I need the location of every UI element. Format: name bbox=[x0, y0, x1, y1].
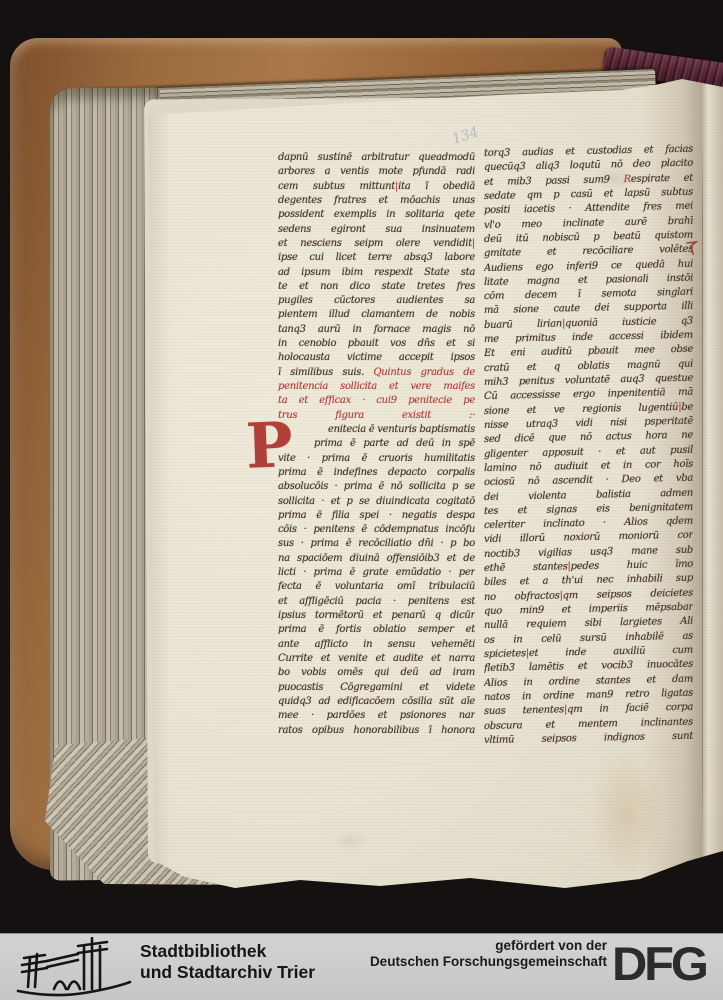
manuscript-line: te et non dico state tretes fres bbox=[278, 280, 475, 294]
ink-text: possident exemplis in solitaria qete bbox=[278, 209, 475, 220]
manuscript-line: prima ē indefines depacto corpalis bbox=[278, 466, 475, 480]
rubricated-initial: P bbox=[245, 417, 294, 475]
manuscript-line: prima ē filia spei · negatis despa bbox=[278, 509, 475, 523]
manuscript-line: enitecia ē venturis baptismatis bbox=[278, 423, 475, 437]
ink-text: spicietes bbox=[484, 648, 526, 660]
manuscript-line: possident exemplis in solitaria qete bbox=[278, 208, 475, 222]
stain bbox=[330, 830, 370, 852]
ink-text: quoniā iusticie q3 bbox=[565, 315, 693, 329]
ink-text: absolucōis · prima ē nō sollicita p se bbox=[278, 481, 475, 492]
manuscript-line: degentes fratres et mōachis unas bbox=[278, 194, 475, 208]
page-crease bbox=[702, 135, 703, 850]
ink-text: qm in faciē corpa bbox=[567, 702, 693, 716]
library-name-line2: und Stadtarchiv Trier bbox=[140, 962, 315, 983]
foliation-number: 134 bbox=[450, 124, 480, 147]
ink-text: sus · prima ē recōciliatio dn̄i · p bo bbox=[278, 538, 475, 549]
manuscript-line: trus figura existit :· bbox=[278, 409, 475, 423]
ink-text: cem subtus mittunt bbox=[278, 181, 395, 192]
ink-text: in cenobio pbauit vos dn̄s et si bbox=[278, 338, 475, 349]
manuscript-line: Currite et venite et audite et narra bbox=[278, 652, 475, 666]
manuscript-line: holocausta victime accepit ipsos bbox=[278, 351, 475, 365]
ink-text: ī similibus suis. bbox=[278, 367, 373, 378]
manuscript-line: sollicita · et p se diuindicata cogitatō bbox=[278, 495, 475, 509]
ink-text: positi iacetis · Attendite fres mei bbox=[484, 201, 693, 216]
manuscript-line: pugiles cūctores audientes sa bbox=[278, 294, 475, 308]
ink-text: ratos opibus honorabilibus ī honora bbox=[278, 725, 475, 736]
ink-text: obscura et mentem inclinantes bbox=[484, 716, 693, 731]
manuscript-line: ratos opibus honorabilibus ī honora bbox=[278, 724, 475, 738]
ink-text: vite · prima ē cruoris humilitatis bbox=[278, 453, 475, 464]
ink-text: no obfractos bbox=[484, 590, 560, 603]
manuscript-line: ad ipsum ibim respexit State sta bbox=[278, 266, 475, 280]
ink-text: sedens egiront sua insinuatem bbox=[278, 224, 475, 235]
stain bbox=[588, 748, 666, 878]
ink-text: espirate et bbox=[631, 172, 693, 184]
ink-text: ethē stantes bbox=[484, 561, 568, 574]
manuscript-line: arbores a ventis mote pfundā radi bbox=[278, 165, 475, 179]
ink-text: sed dicē que nō actus hora ne bbox=[484, 430, 693, 445]
manuscript-line: ipsius tormētorū et penarū q dicūr bbox=[278, 609, 475, 623]
ink-text: Et eni auditū pbauit mee obse bbox=[484, 344, 693, 359]
ink-text: ipsius tormētorū et penarū q dicūr bbox=[278, 610, 475, 621]
ink-text: bo vobis omēs qui deū ad iram bbox=[278, 667, 475, 678]
manuscript-line: absolucōis · prima ē nō sollicita p se bbox=[278, 480, 475, 494]
ink-text: ita ī obediā bbox=[398, 181, 475, 192]
ink-text: pedes huic īmo bbox=[571, 559, 693, 573]
ink-text: pientem illud clamantem de nobis bbox=[278, 309, 475, 320]
ink-text: vltimū seipsos indignos sunt bbox=[484, 730, 693, 745]
ink-text: dapnū sustinē arbitratur queadmodū bbox=[278, 152, 475, 163]
digitized-manuscript-scan: 134 dapnū sustinē arbitratur queadmodūar… bbox=[0, 0, 723, 1000]
ink-text: cōis · penitens ē cōdempnatus incōfu bbox=[278, 524, 475, 535]
rubric-text: | bbox=[472, 238, 475, 249]
rubric-text: R bbox=[624, 174, 631, 185]
ink-text: buarū lirian bbox=[484, 318, 562, 331]
ink-text: et affligēciū pacia · penitens est bbox=[278, 596, 475, 607]
manuscript-line: ipse cui licet terre absq3 labore bbox=[278, 251, 475, 265]
manuscript-line: sedens egiront sua insinuatem bbox=[278, 223, 475, 237]
ink-text: dei violenta balistia admen bbox=[484, 487, 693, 502]
ink-text: fletib3 lamētis et vocib3 inuocātes bbox=[484, 659, 693, 674]
ink-text: arbores a ventis mote pfundā radi bbox=[278, 166, 475, 177]
ink-text: enitecia ē venturis baptismatis bbox=[328, 424, 475, 435]
manuscript-line: puocastis Cōgregamini et videte bbox=[278, 681, 475, 695]
text-column-left: dapnū sustinē arbitratur queadmodūarbore… bbox=[278, 151, 475, 738]
manuscript-line: ta et efficax · cui9 penitecie pe bbox=[278, 394, 475, 408]
manuscript-line: mee · pardōes et psionores nar bbox=[278, 709, 475, 723]
ink-text: prima ē fortis oblatio semper et bbox=[278, 624, 475, 635]
ink-text: Currite et venite et audite et narra bbox=[278, 653, 475, 664]
ink-text: sione et ve regionis lugentiū bbox=[484, 402, 678, 417]
manuscript-line: prima ē parte ad deū in spē bbox=[278, 437, 475, 451]
manuscript-line: et nesciens seipm olere vendidit| bbox=[278, 237, 475, 251]
ink-text: mā sione caute dei supporta illi bbox=[484, 301, 693, 316]
rubric-text: penitencia sollicita et vere maifes bbox=[278, 381, 475, 392]
ink-text: mee · pardōes et psionores nar bbox=[278, 710, 475, 721]
margin-caret-icon bbox=[686, 241, 698, 260]
ink-text: vidi illorū noxiorū moniorū cor bbox=[484, 530, 693, 545]
library-name-line1: Stadtbibliothek bbox=[140, 941, 315, 962]
ink-text: qm seipsos deicietes bbox=[563, 587, 693, 601]
manuscript-line: in cenobio pbauit vos dn̄s et si bbox=[278, 337, 475, 351]
ink-text: quidq3 ad edificacōem cōsilia sūt aīe bbox=[278, 696, 475, 707]
manuscript-line: prima ē fortis oblatio semper et bbox=[278, 623, 475, 637]
ink-text: Audiens ego inferi9 ce quedā hui bbox=[484, 258, 693, 273]
ink-text: prima ē indefines depacto corpalis bbox=[278, 467, 475, 478]
manuscript-line: ante afflicto in sensu vehemēti bbox=[278, 638, 475, 652]
rubric-text: trus figura existit :· bbox=[278, 410, 475, 421]
funding-line2: Deutschen Forschungsgemeinschaft bbox=[370, 954, 607, 970]
ink-text: te et non dico state tretes fres bbox=[278, 281, 475, 292]
ink-text: prima ē parte ad deū in spē bbox=[314, 438, 475, 449]
manuscript-line: et affligēciū pacia · penitens est bbox=[278, 595, 475, 609]
ink-text: na spaciōem diuinā offensiōib3 et de bbox=[278, 553, 475, 564]
manuscript-line: cem subtus mittunt|ita ī obediā bbox=[278, 180, 475, 194]
manuscript-line: ī similibus suis. Quintus gradus de bbox=[278, 366, 475, 380]
ink-text: ad ipsum ibim respexit State sta bbox=[278, 267, 475, 278]
porta-nigra-logo-icon bbox=[14, 937, 134, 1000]
funding-line1: gefördert von der bbox=[370, 938, 607, 954]
manuscript-line: fecta ē voluntaria omī tribulaciū bbox=[278, 580, 475, 594]
manuscript-line: dapnū sustinē arbitratur queadmodū bbox=[278, 151, 475, 165]
ink-text: et nesciens seipm olere vendidit bbox=[278, 238, 472, 249]
ink-text: biles et a th'ui nec inhabili sup bbox=[484, 573, 693, 588]
ink-text: et inde auxiliū cum bbox=[529, 645, 693, 659]
manuscript-line: bo vobis omēs qui deū ad iram bbox=[278, 666, 475, 680]
manuscript-line: sus · prima ē recōciliatio dn̄i · p bo bbox=[278, 537, 475, 551]
rubric-text: Quintus gradus de bbox=[373, 367, 475, 378]
funding-credit: gefördert von der Deutschen Forschungsge… bbox=[370, 938, 607, 970]
ink-text: fecta ē voluntaria omī tribulaciū bbox=[278, 581, 475, 592]
ink-text: quecūq3 aliq3 loqutū nō deo placito bbox=[484, 158, 693, 173]
ink-text: tanq3 aurū in fornace magis nō bbox=[278, 324, 475, 335]
manuscript-line: penitencia sollicita et vere maifes bbox=[278, 380, 475, 394]
manuscript-line: quidq3 ad edificacōem cōsilia sūt aīe bbox=[278, 695, 475, 709]
manuscript-line: na spaciōem diuinā offensiōib3 et de bbox=[278, 552, 475, 566]
ink-text: suas tenentes bbox=[484, 705, 564, 718]
ink-text: licti · prima ē grate emūdatio · per bbox=[278, 567, 475, 578]
ink-text: sollicita · et p se diuindicata cogitatō bbox=[278, 496, 475, 507]
manuscript-line: cōis · penitens ē cōdempnatus incōfu bbox=[278, 523, 475, 537]
ink-text: ociosū nō ascendit · Deo et vba bbox=[484, 473, 693, 488]
ink-text: prima ē filia spei · negatis despa bbox=[278, 510, 475, 521]
manuscript-line: vite · prima ē cruoris humilitatis bbox=[278, 452, 475, 466]
ink-text: ipse cui licet terre absq3 labore bbox=[278, 252, 475, 263]
manuscript-line: pientem illud clamantem de nobis bbox=[278, 308, 475, 322]
ink-text: pugiles cūctores audientes sa bbox=[278, 295, 475, 306]
manuscript-line: licti · prima ē grate emūdatio · per bbox=[278, 566, 475, 580]
ink-text: puocastis Cōgregamini et videte bbox=[278, 682, 475, 693]
ink-text: gmitate et recōciliare volētes bbox=[484, 244, 693, 259]
ink-text: ante afflicto in sensu vehemēti bbox=[278, 639, 475, 650]
dfg-logo: DFG bbox=[612, 936, 706, 991]
rubric-text: ta et efficax · cui9 penitecie pe bbox=[278, 395, 475, 406]
ink-text: Cū accessisse ergo inpenitentiā mā bbox=[484, 387, 693, 402]
ink-text: holocausta victime accepit ipsos bbox=[278, 352, 475, 363]
library-name: Stadtbibliothek und Stadtarchiv Trier bbox=[140, 941, 315, 983]
ink-text: et mib3 passi sum9 bbox=[484, 174, 624, 188]
manuscript-line: tanq3 aurū in fornace magis nō bbox=[278, 323, 475, 337]
ink-text: nullā requiem sibi largietes Ali bbox=[484, 616, 693, 631]
ink-text: be bbox=[681, 401, 693, 412]
text-column-right: torq3 audias et custodias et faciasquecū… bbox=[484, 143, 693, 749]
ink-text: degentes fratres et mōachis unas bbox=[278, 195, 475, 206]
